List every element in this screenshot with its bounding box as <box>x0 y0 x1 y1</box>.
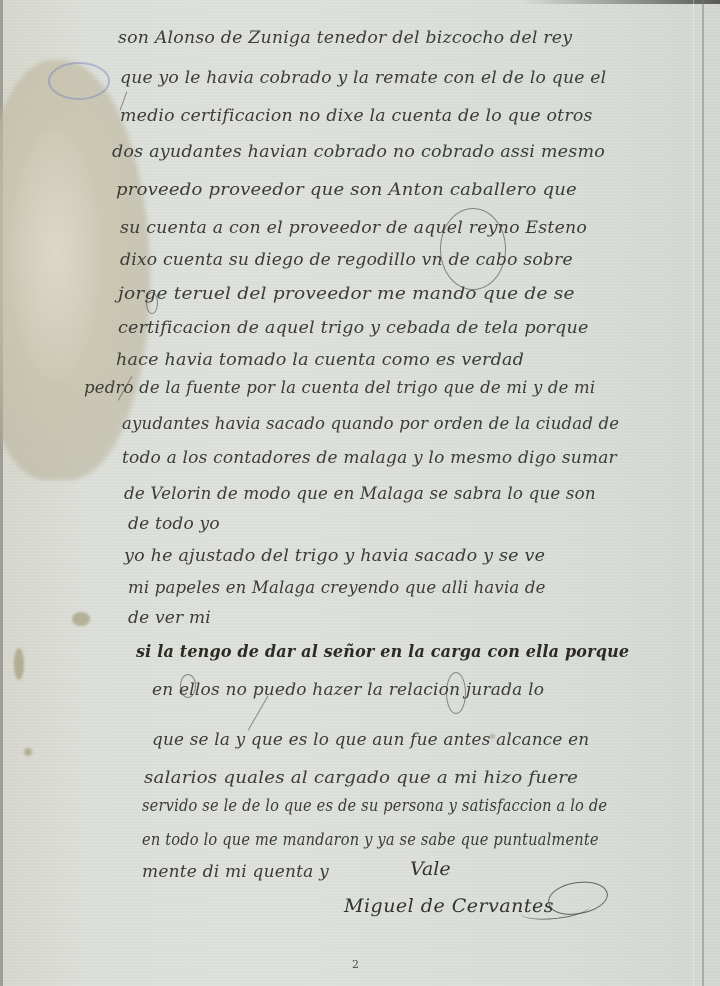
manuscript-line: de Velorin de modo que en Malaga se sabr… <box>124 484 596 504</box>
pen-flourish <box>440 208 506 290</box>
manuscript-line: jorge teruel del proveedor me mando que … <box>118 284 575 304</box>
archive-stamp-icon: archive stamp <box>48 62 110 100</box>
manuscript-line: proveedo proveedor que son Anton caballe… <box>116 180 577 200</box>
manuscript-line: en ellos no puedo hazer la relacion jura… <box>152 680 544 700</box>
water-stain-highlight <box>10 130 100 380</box>
manuscript-line: son Alonso de Zuniga tenedor del bizcoch… <box>118 28 572 48</box>
manuscript-line: si la tengo de dar al señor en la carga … <box>136 642 629 662</box>
foxing-spot <box>72 612 90 626</box>
pen-flourish <box>180 674 196 698</box>
manuscript-line: medio certificacion no dixe la cuenta de… <box>120 106 593 126</box>
manuscript-line: de ver mi <box>128 608 211 628</box>
foxing-spot <box>14 648 24 680</box>
foxing-spot <box>24 748 32 756</box>
manuscript-line: servido se le de lo que es de su persona… <box>142 796 607 816</box>
manuscript-line: de todo yo <box>128 514 220 534</box>
manuscript-line: yo he ajustado del trigo y havia sacado … <box>124 546 545 566</box>
page-fold-highlight <box>693 0 694 986</box>
pen-descender <box>248 696 269 731</box>
manuscript-line: salarios quales al cargado que a mi hizo… <box>144 768 578 788</box>
manuscript-line: en todo lo que me mandaron y ya se sabe … <box>142 830 599 850</box>
manuscript-line: certificacion de aquel trigo y cebada de… <box>118 318 589 338</box>
manuscript-line: todo a los contadores de malaga y lo mes… <box>122 448 617 468</box>
manuscript-line: mi papeles en Malaga creyendo que alli h… <box>128 578 546 598</box>
manuscript-line: su cuenta a con el proveedor de aquel re… <box>120 218 587 238</box>
page-number: 2 <box>352 958 359 971</box>
manuscript-line: que se la y que es lo que aun fue antes … <box>152 730 589 750</box>
manuscript-line: hace havia tomado la cuenta como es verd… <box>116 350 524 370</box>
valediction: Vale <box>410 858 451 880</box>
pen-flourish <box>146 292 158 314</box>
manuscript-line: ayudantes havia sacado quando por orden … <box>122 414 619 434</box>
manuscript-line: mente di mi quenta y <box>142 862 329 882</box>
manuscript-line: pedro de la fuente por la cuenta del tri… <box>84 378 595 398</box>
page-fold-line <box>702 0 704 986</box>
manuscript-page: archive stamp son Alonso de Zuniga tened… <box>0 0 720 986</box>
scan-edge-shadow <box>520 0 720 4</box>
manuscript-line: que yo le havia cobrado y la remate con … <box>120 68 606 88</box>
pen-flourish <box>446 672 466 714</box>
manuscript-line: dos ayudantes havian cobrado no cobrado … <box>112 142 605 162</box>
